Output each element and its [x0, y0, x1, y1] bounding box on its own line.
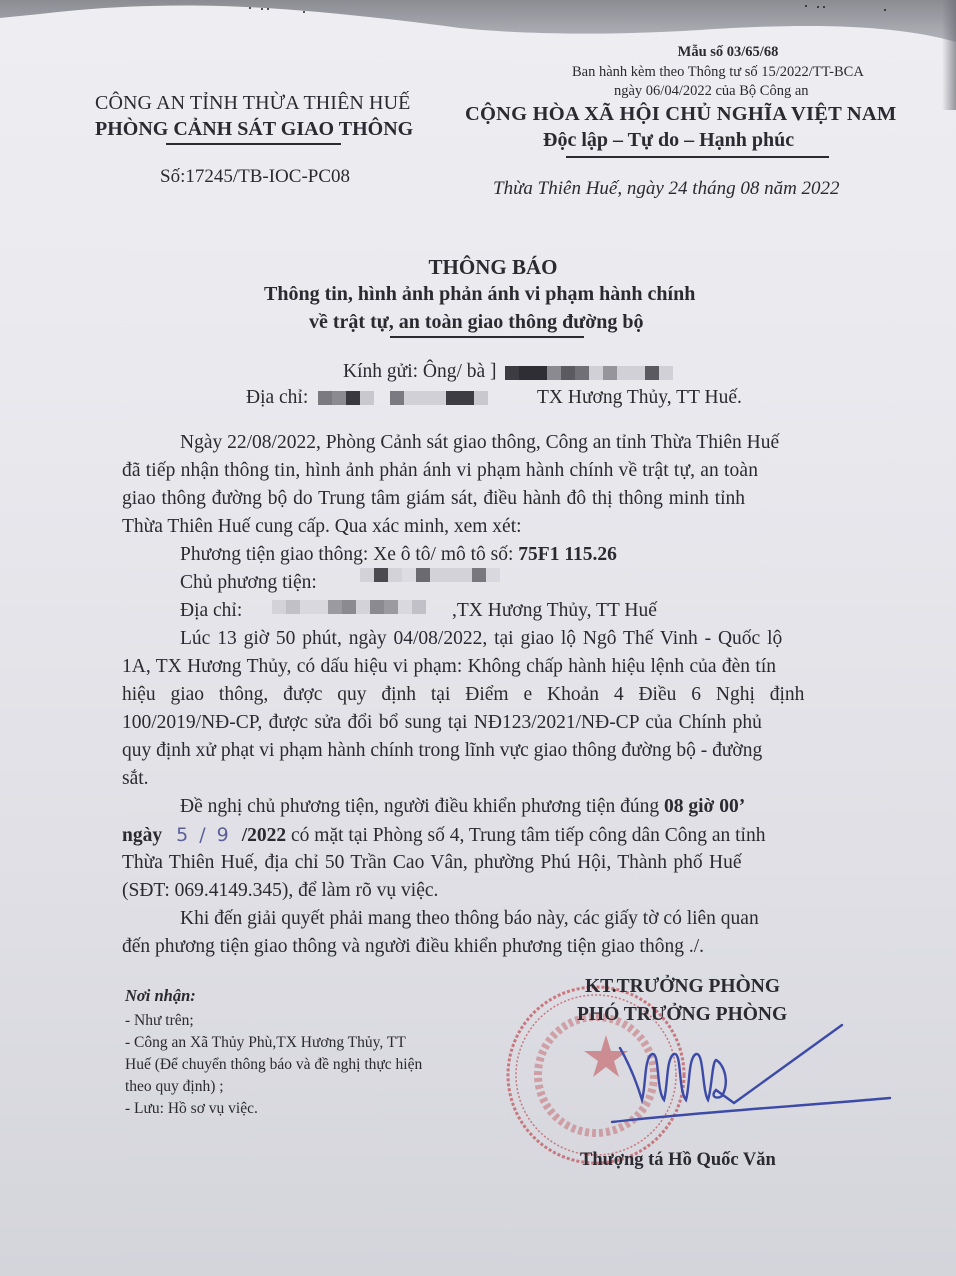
para3-line-1: Đề nghị chủ phương tiện, người điều khiể… [180, 796, 745, 818]
para1-line-2: đã tiếp nhận thông tin, hình ảnh phản án… [122, 460, 758, 482]
para2-line-3: hiệu giao thông, được quy định tại Điểm … [122, 684, 804, 706]
vehicle-label: Phương tiện giao thông: Xe ô tô/ mô tô s… [180, 544, 518, 565]
document-subtitle-line-2: về trật tự, an toàn giao thông đường bộ [309, 311, 644, 334]
para3-request-text: Đề nghị chủ phương tiện, người điều khiể… [180, 796, 664, 817]
form-issued-with: Ban hành kèm theo Thông tư số 15/2022/TT… [572, 64, 864, 81]
para2-line-2: 1A, TX Hương Thủy, có dấu hiệu vi phạm: … [122, 656, 776, 678]
signatory-title-1: KT.TRƯỞNG PHÒNG [585, 976, 780, 998]
document-title: THÔNG BÁO [0, 255, 956, 280]
document-subtitle-line-1: Thông tin, hình ảnh phản ánh vi phạm hàn… [264, 283, 695, 306]
para1-line-3: giao thông đường bộ do Trung tâm giám sá… [122, 488, 745, 510]
recipient-line: - Lưu: Hồ sơ vụ việc. [125, 1100, 258, 1118]
issuing-department: PHÒNG CẢNH SÁT GIAO THÔNG [95, 118, 413, 141]
recipient-line: - Công an Xã Thủy Phù,TX Hương Thủy, TT [125, 1034, 406, 1052]
owner-address-suffix: ,TX Hương Thủy, TT Huế [452, 600, 657, 622]
redacted-owner-address [272, 600, 426, 614]
department-underline [166, 143, 341, 145]
recipient-line: Huế (Để chuyển thông báo và đề nghị thực… [125, 1056, 422, 1074]
signatory-title-2: PHÓ TRƯỞNG PHÒNG [577, 1004, 787, 1026]
handwritten-month: 9 [217, 824, 230, 846]
para4-line-2: đến phương tiện giao thông và người điều… [122, 936, 704, 958]
redacted-owner-name [360, 568, 500, 582]
para1-line-4: Thừa Thiên Huế cung cấp. Qua xác minh, x… [122, 516, 522, 538]
recipients-heading: Nơi nhận: [125, 986, 196, 1006]
para3-line-3: Thừa Thiên Huế, địa chỉ 50 Trần Cao Vân,… [122, 852, 742, 874]
motto-underline [566, 156, 829, 158]
recipient-line: theo quy định) ; [125, 1078, 224, 1096]
appointment-year: /2022 [242, 825, 286, 846]
appointment-time: 08 giờ 00’ [664, 796, 745, 817]
recipient-line: - Như trên; [125, 1012, 194, 1030]
signer-name: Thượng tá Hồ Quốc Văn [580, 1150, 776, 1171]
issuing-agency: CÔNG AN TỈNH THỪA THIÊN HUẾ [95, 92, 410, 115]
form-number: Mẫu số 03/65/68 [0, 44, 956, 61]
para3-line-4: (SĐT: 069.4149.345), để làm rõ vụ việc. [122, 880, 438, 902]
vehicle-plate: 75F1 115.26 [518, 544, 617, 565]
para3-location-text: có mặt tại Phòng số 4, Trung tâm tiếp cô… [286, 825, 765, 846]
handwritten-day: 5 [176, 824, 189, 846]
para2-line-4: 100/2019/NĐ-CP, được sửa đổi bổ sung tại… [122, 712, 762, 734]
para2-line-5: quy định xử phạt vi phạm hành chính tron… [122, 740, 762, 762]
national-motto: Độc lập – Tự do – Hạnh phúc [543, 129, 794, 152]
owner-address-label: Địa chỉ: [180, 600, 242, 622]
vehicle-info: Phương tiện giao thông: Xe ô tô/ mô tô s… [180, 544, 617, 566]
para1-line-1: Ngày 22/08/2022, Phòng Cảnh sát giao thô… [180, 432, 779, 454]
redacted-addressee-address [318, 391, 488, 405]
place-and-date: Thừa Thiên Huế, ngày 24 tháng 08 năm 202… [493, 178, 840, 200]
addressee-address-suffix: TX Hương Thủy, TT Huế. [537, 387, 742, 409]
document-number: Số:17245/TB-IOC-PC08 [160, 166, 350, 188]
addressee-address-label: Địa chỉ: [246, 387, 308, 409]
para2-line-1: Lúc 13 giờ 50 phút, ngày 04/08/2022, tại… [180, 628, 782, 650]
para2-line-6: sắt. [122, 768, 149, 790]
addressee-label: Kính gửi: Ông/ bà ] [343, 361, 497, 383]
form-issued-date: ngày 06/04/2022 của Bộ Công an [614, 83, 809, 100]
national-title: CỘNG HÒA XÃ HỘI CHỦ NGHĨA VIỆT NAM [465, 103, 896, 126]
para3-line-2: ngày5/9/2022 có mặt tại Phòng số 4, Trun… [122, 824, 765, 847]
redacted-addressee-name [505, 366, 673, 380]
subtitle-underline [390, 336, 584, 338]
para4-line-1: Khi đến giải quyết phải mang theo thông … [180, 908, 759, 930]
owner-label: Chủ phương tiện: [180, 572, 317, 594]
appointment-day-label: ngày [122, 825, 162, 846]
